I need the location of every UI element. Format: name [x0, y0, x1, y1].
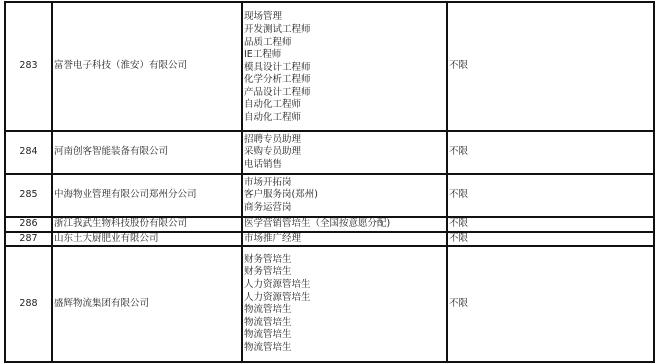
table-row: 284 河南创客智能装备有限公司 招聘专员助理 采购专员助理 电话销售 不限 — [5, 131, 654, 174]
job-title: 市场推广经理 — [244, 233, 446, 246]
row-number: 286 — [5, 217, 52, 232]
job-title: 产品设计工程师 — [244, 87, 446, 100]
job-list: 招聘专员助理 采购专员助理 电话销售 — [242, 131, 447, 174]
company-name: 中海物业管理有限公司郑州分公司 — [52, 174, 242, 217]
job-title: 市场开拓岗 — [244, 177, 446, 190]
requirement: 不限 — [447, 2, 654, 131]
job-list: 医学营销管培生（全国按意愿分配) — [242, 217, 447, 232]
row-number: 287 — [5, 232, 52, 247]
requirement: 不限 — [447, 232, 654, 247]
job-title: 物流管培生 — [244, 317, 446, 330]
requirement: 不限 — [447, 217, 654, 232]
requirement: 不限 — [447, 174, 654, 217]
table-row: 287 山东土大厨肥业有限公司 市场推广经理 不限 — [5, 232, 654, 247]
job-title: 医学营销管培生（全国按意愿分配) — [244, 218, 446, 231]
job-title: 物流管培生 — [244, 304, 446, 317]
job-title: 化学分析工程师 — [244, 74, 446, 87]
company-name: 盛辉物流集团有限公司 — [52, 246, 242, 362]
company-name: 浙江我武生物科技股份有限公司 — [52, 217, 242, 232]
requirement: 不限 — [447, 131, 654, 174]
job-title: 采购专员助理 — [244, 146, 446, 159]
job-title: 财务管培生 — [244, 266, 446, 279]
job-title: 人力资源管培生 — [244, 292, 446, 305]
requirement: 不限 — [447, 246, 654, 362]
job-title: 物流管培生 — [244, 342, 446, 355]
job-list: 财务管培生 财务管培生 人力资源管培生 人力资源管培生 物流管培生 物流管培生 … — [242, 246, 447, 362]
job-list: 市场开拓岗 客户服务岗(郑州) 商务运营岗 — [242, 174, 447, 217]
job-title: IE工程师 — [244, 49, 446, 62]
row-number: 285 — [5, 174, 52, 217]
row-number: 284 — [5, 131, 52, 174]
job-title: 自动化工程师 — [244, 99, 446, 112]
job-list: 市场推广经理 — [242, 232, 447, 247]
job-title: 物流管培生 — [244, 329, 446, 342]
table-row: 283 富誉电子科技（淮安）有限公司 现场管理 开发测试工程师 品质工程师 IE… — [5, 2, 654, 131]
job-title: 模具设计工程师 — [244, 62, 446, 75]
job-title: 电话销售 — [244, 159, 446, 172]
job-title: 客户服务岗(郑州) — [244, 189, 446, 202]
job-title: 财务管培生 — [244, 254, 446, 267]
table-row: 288 盛辉物流集团有限公司 财务管培生 财务管培生 人力资源管培生 人力资源管… — [5, 246, 654, 362]
company-name: 山东土大厨肥业有限公司 — [52, 232, 242, 247]
job-title: 开发测试工程师 — [244, 24, 446, 37]
row-number: 283 — [5, 2, 52, 131]
job-title: 现场管理 — [244, 11, 446, 24]
row-number: 288 — [5, 246, 52, 362]
recruitment-table: 283 富誉电子科技（淮安）有限公司 现场管理 开发测试工程师 品质工程师 IE… — [4, 1, 655, 363]
company-name: 富誉电子科技（淮安）有限公司 — [52, 2, 242, 131]
job-title: 人力资源管培生 — [244, 279, 446, 292]
company-name: 河南创客智能装备有限公司 — [52, 131, 242, 174]
job-title: 招聘专员助理 — [244, 134, 446, 147]
job-title: 商务运营岗 — [244, 202, 446, 215]
job-list: 现场管理 开发测试工程师 品质工程师 IE工程师 模具设计工程师 化学分析工程师… — [242, 2, 447, 131]
job-title: 品质工程师 — [244, 37, 446, 50]
table-row: 286 浙江我武生物科技股份有限公司 医学营销管培生（全国按意愿分配) 不限 — [5, 217, 654, 232]
table-row: 285 中海物业管理有限公司郑州分公司 市场开拓岗 客户服务岗(郑州) 商务运营… — [5, 174, 654, 217]
job-title: 自动化工程师 — [244, 112, 446, 125]
